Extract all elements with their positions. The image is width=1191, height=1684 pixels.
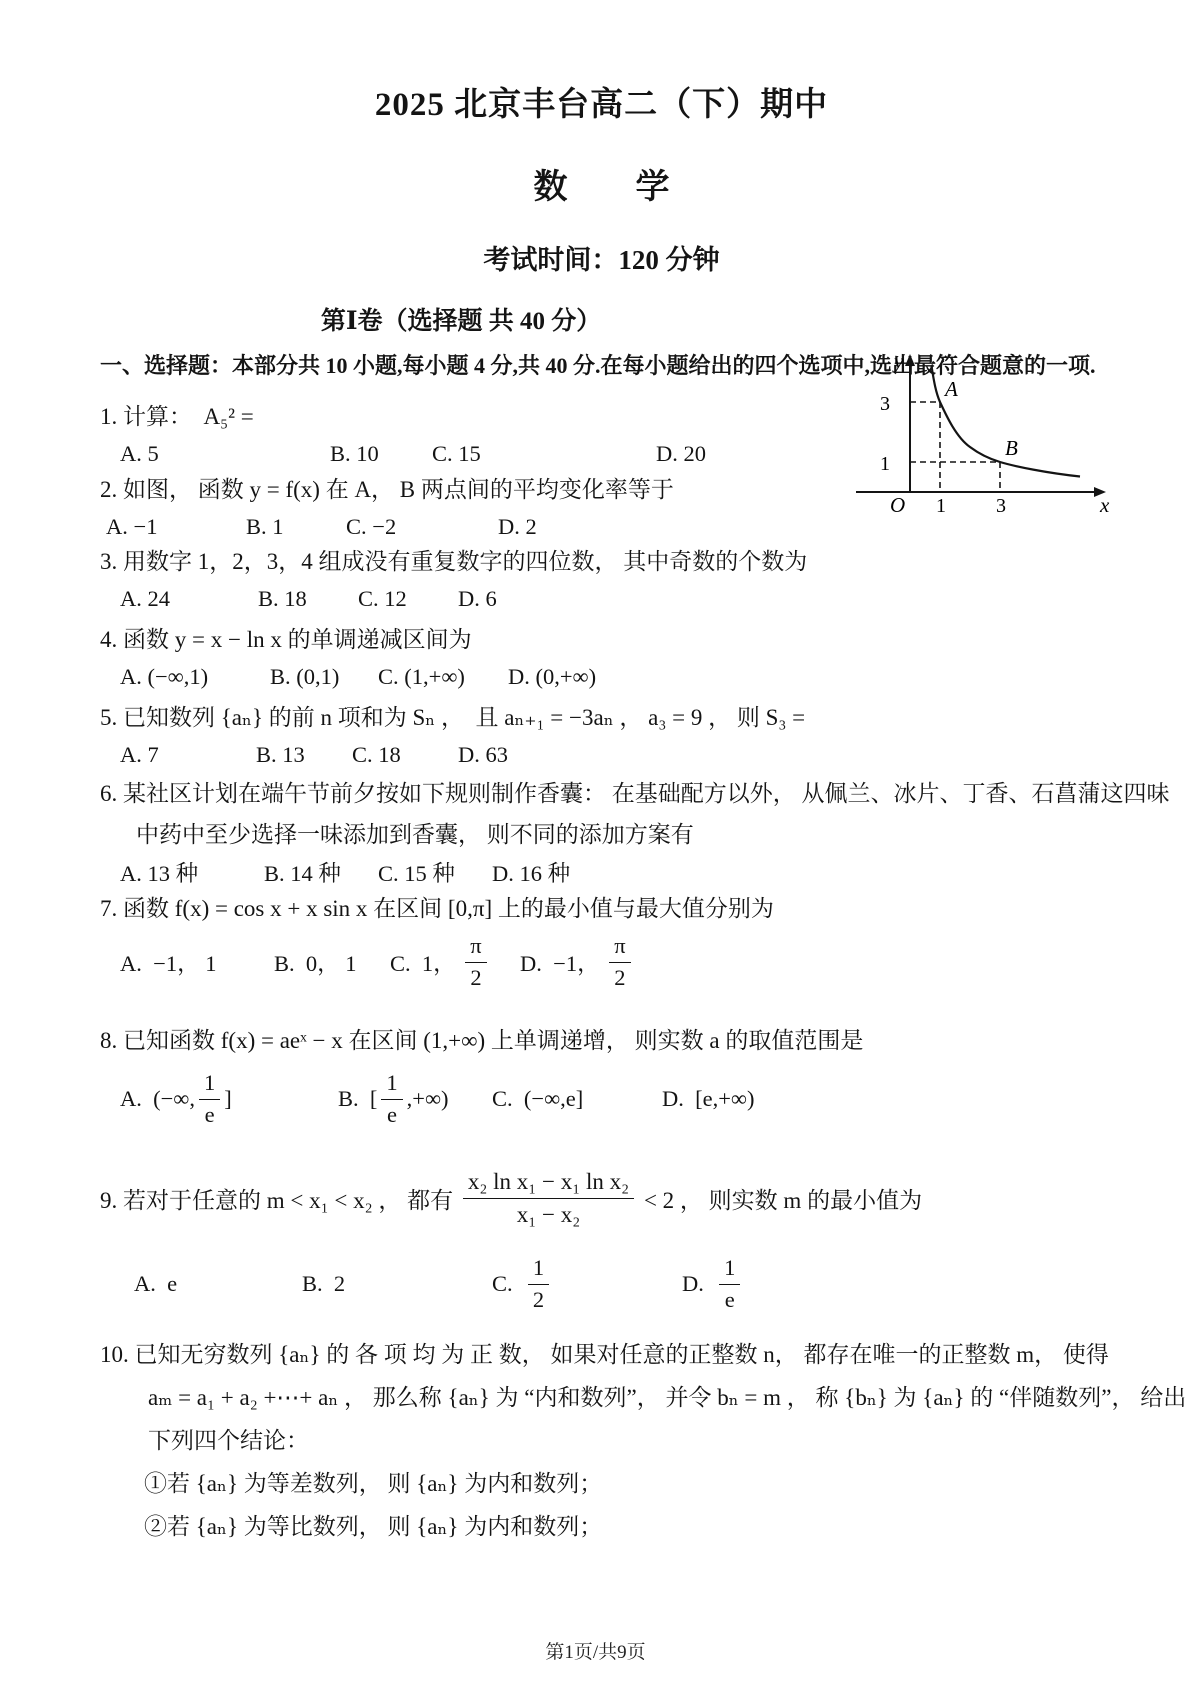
q6-option-a: A. 13 种 <box>120 856 198 888</box>
q9-option-c: C. 12 <box>492 1246 553 1322</box>
question-3: 3. 用数字 1，2，3，4 组成没有重复数字的四位数， 其中奇数的个数为 A.… <box>100 547 1103 615</box>
questions-area: 1. 计算： A₅² = A. 5 B. 10 C. 15 D. 20 2. 如… <box>100 402 1103 1542</box>
y-tick-3: 3 <box>880 393 890 415</box>
question-10-line1: 10. 已知无穷数列 {aₙ} 的 各 项 均 为 正 数， 如果对任意的正整数… <box>100 1340 1103 1370</box>
question-5: 5. 已知数列 {aₙ} 的前 n 项和为 Sₙ ， 且 aₙ₊₁ = −3aₙ… <box>100 703 1103 771</box>
question-4-options: A. (−∞,1) B. (0,1) C. (1,+∞) D. (0,+∞) <box>100 661 1103 693</box>
question-7-options: A. −1， 1 B. 0， 1 C. 1， π2 D. −1， π2 <box>100 924 1103 1000</box>
q7-option-b: B. 0， 1 <box>274 924 357 1000</box>
question-9: 9. 若对于任意的 m < x₁ < x₂ ， 都有 x₂ ln x₁ − x₁… <box>100 1158 1103 1322</box>
question-10-line2: aₘ = a₁ + a₂ +⋯+ aₙ ， 那么称 {aₙ} 为 “内和数列”，… <box>100 1383 1103 1413</box>
q2-option-a: A. −1 <box>106 511 157 543</box>
fraction: 12 <box>528 1255 549 1314</box>
x-axis-label: x <box>1099 493 1110 517</box>
question-6-options: A. 13 种 B. 14 种 C. 15 种 D. 16 种 <box>100 856 1103 888</box>
question-10-conclusion-2: ②若 {aₙ} 为等比数列， 则 {aₙ} 为内和数列； <box>100 1512 1103 1542</box>
exam-duration: 考试时间：120 分钟 <box>100 238 1103 277</box>
y-axis-label: y <box>892 352 904 373</box>
section-title: 第Ⅰ卷（选择题 共 40 分） <box>100 301 822 337</box>
q6-option-d: D. 16 种 <box>492 856 570 888</box>
q9-option-a: A. e <box>134 1246 177 1322</box>
q5-option-a: A. 7 <box>120 739 159 771</box>
point-b-guides <box>910 462 1000 492</box>
question-4: 4. 函数 y = x − ln x 的单调递减区间为 A. (−∞,1) B.… <box>100 625 1103 693</box>
question-3-options: A. 24 B. 18 C. 12 D. 6 <box>100 583 1103 615</box>
question-8: 8. 已知函数 f(x) = aeˣ − x 在区间 (1,+∞) 上单调递增，… <box>100 1026 1103 1142</box>
question-6: 6. 某社区计划在端午节前夕按如下规则制作香囊： 在基础配方以外， 从佩兰、冰片… <box>100 779 1103 888</box>
exam-page: 2025 北京丰台高二（下）期中 数 学 考试时间：120 分钟 第Ⅰ卷（选择题… <box>0 0 1191 1684</box>
q8-option-d: D. [e,+∞) <box>662 1056 754 1142</box>
q6-option-c: C. 15 种 <box>378 856 455 888</box>
q5-option-b: B. 13 <box>256 739 305 771</box>
question-6-stem-line1: 6. 某社区计划在端午节前夕按如下规则制作香囊： 在基础配方以外， 从佩兰、冰片… <box>100 779 1103 809</box>
q4-option-c: C. (1,+∞) <box>378 661 465 693</box>
q3-option-c: C. 12 <box>358 583 407 615</box>
q3-option-a: A. 24 <box>120 583 170 615</box>
exam-title: 2025 北京丰台高二（下）期中 <box>100 78 1103 125</box>
point-a-guides <box>910 402 940 492</box>
exam-header: 2025 北京丰台高二（下）期中 数 学 考试时间：120 分钟 第Ⅰ卷（选择题… <box>100 78 1103 380</box>
x-tick-3: 3 <box>996 495 1006 517</box>
y-tick-1: 1 <box>880 453 890 475</box>
q5-option-c: C. 18 <box>352 739 401 771</box>
q7-option-c: C. 1， π2 <box>390 924 491 1000</box>
q7-option-a: A. −1， 1 <box>120 924 216 1000</box>
q2-option-c: C. −2 <box>346 511 396 543</box>
question-9-stem: 9. 若对于任意的 m < x₁ < x₂ ， 都有 x₂ ln x₁ − x₁… <box>100 1158 1103 1238</box>
q4-option-d: D. (0,+∞) <box>508 661 596 693</box>
q7-option-d: D. −1， π2 <box>520 924 635 1000</box>
y-axis-arrow <box>905 354 915 366</box>
q6-option-b: B. 14 种 <box>264 856 341 888</box>
origin-label: O <box>890 493 905 517</box>
x-tick-1: 1 <box>936 495 946 517</box>
q4-option-a: A. (−∞,1) <box>120 661 208 693</box>
fraction: 1e <box>381 1070 402 1129</box>
question-7-stem: 7. 函数 f(x) = cos x + x sin x 在区间 [0,π] 上… <box>100 894 1103 924</box>
question-7: 7. 函数 f(x) = cos x + x sin x 在区间 [0,π] 上… <box>100 894 1103 1000</box>
question-8-stem: 8. 已知函数 f(x) = aeˣ − x 在区间 (1,+∞) 上单调递增，… <box>100 1026 1103 1056</box>
q4-option-b: B. (0,1) <box>270 661 339 693</box>
question-6-stem-line2: 中药中至少选择一味添加到香囊， 则不同的添加方案有 <box>100 820 1103 850</box>
question-5-options: A. 7 B. 13 C. 18 D. 63 <box>100 739 1103 771</box>
question-3-stem: 3. 用数字 1，2，3，4 组成没有重复数字的四位数， 其中奇数的个数为 <box>100 547 1103 577</box>
question-10: 10. 已知无穷数列 {aₙ} 的 各 项 均 为 正 数， 如果对任意的正整数… <box>100 1340 1103 1542</box>
point-a-label: A <box>943 377 958 401</box>
q8-option-c: C. (−∞,e] <box>492 1056 583 1142</box>
q3-option-d: D. 6 <box>458 583 497 615</box>
question-8-options: A. (−∞,1e] B. [1e,+∞) C. (−∞,e] D. [e,+∞… <box>100 1056 1103 1142</box>
q3-option-b: B. 18 <box>258 583 307 615</box>
question-10-conclusion-1: ①若 {aₙ} 为等差数列， 则 {aₙ} 为内和数列； <box>100 1469 1103 1499</box>
q2-option-d: D. 2 <box>498 511 537 543</box>
fraction: 1e <box>199 1070 220 1129</box>
q1-option-b: B. 10 <box>330 438 379 470</box>
q8-option-b: B. [1e,+∞) <box>338 1056 448 1142</box>
question-5-stem: 5. 已知数列 {aₙ} 的前 n 项和为 Sₙ ， 且 aₙ₊₁ = −3aₙ… <box>100 703 1103 733</box>
fraction: π2 <box>465 933 486 992</box>
exam-subject: 数 学 <box>100 159 1103 208</box>
page-indicator: 第1页/共9页 <box>0 1637 1191 1664</box>
q2-option-b: B. 1 <box>246 511 284 543</box>
q1-option-a: A. 5 <box>120 438 159 470</box>
q5-option-d: D. 63 <box>458 739 508 771</box>
q9-option-b: B. 2 <box>302 1246 345 1322</box>
fraction: 1e <box>719 1255 740 1314</box>
q8-option-a: A. (−∞,1e] <box>120 1056 232 1142</box>
q9-stem-pre: 9. 若对于任意的 m < x₁ < x₂ ， 都有 <box>100 1182 459 1215</box>
fraction: π2 <box>609 933 630 992</box>
q9-fraction: x₂ ln x₁ − x₁ ln x₂x₁ − x₂ <box>463 1168 634 1228</box>
q9-option-d: D. 1e <box>682 1246 744 1322</box>
question-2-figure: y x O A B 3 1 1 3 <box>842 352 1114 517</box>
question-9-options: A. e B. 2 C. 12 D. 1e <box>100 1246 1103 1322</box>
question-4-stem: 4. 函数 y = x − ln x 的单调递减区间为 <box>100 625 1103 655</box>
q1-option-c: C. 15 <box>432 438 481 470</box>
q9-stem-post: < 2 ， 则实数 m 的最小值为 <box>638 1182 922 1215</box>
question-10-line3: 下列四个结论： <box>100 1426 1103 1456</box>
q1-option-d: D. 20 <box>656 438 706 470</box>
point-b-label: B <box>1005 436 1018 460</box>
